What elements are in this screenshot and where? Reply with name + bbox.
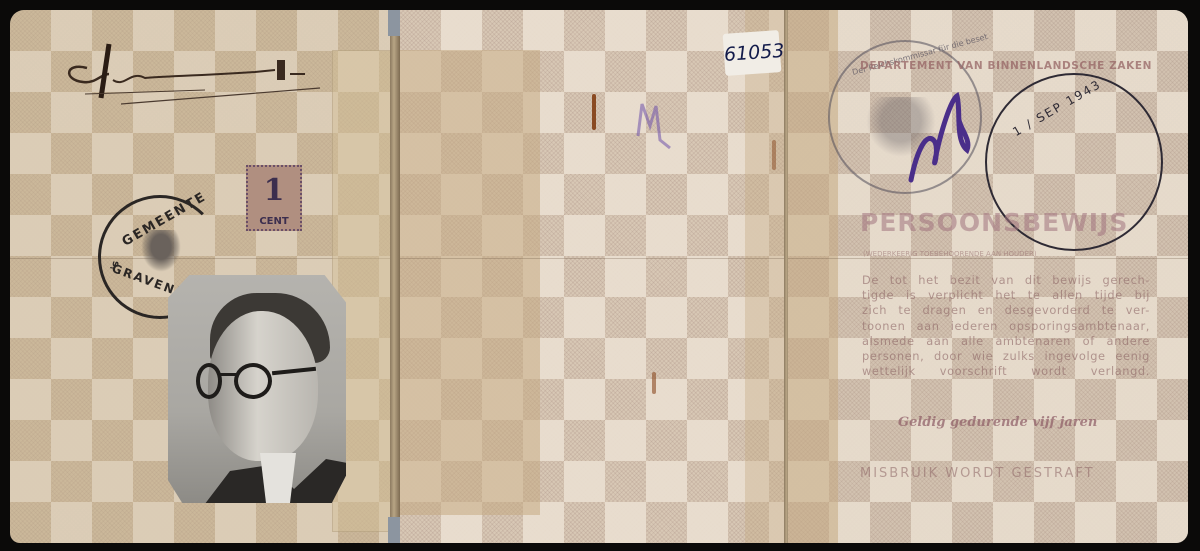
rust-stain — [652, 372, 656, 394]
ink-scribble-icon — [630, 96, 680, 151]
regulation-line: zich te dragen en desgevorderd te ver- — [862, 303, 1150, 318]
official-initial-icon — [905, 90, 975, 185]
department-heading: DEPARTEMENT VAN BINNENLANDSCHE ZAKEN — [860, 60, 1152, 72]
card-title: PERSOONSBEWIJS — [860, 208, 1128, 237]
revenue-stamp-unit: CENT — [248, 216, 300, 227]
left-panel: 1 CENT GEMEENTE 's GRAVENHAGE — [10, 10, 392, 543]
regulation-text: De tot het bezit van dit bewijs gerech- … — [862, 273, 1150, 379]
spine-left — [390, 10, 400, 543]
regulation-line: toonen aan iederen opsporingsambtenaar, — [862, 319, 1150, 334]
holder-photo — [168, 275, 346, 503]
fold-line — [400, 258, 784, 259]
rust-stain — [772, 140, 776, 170]
card-subtitle: (WEDERKEERIG TOEBEHOORENDE AAN HOUDER) — [863, 250, 1037, 258]
glasses-icon — [196, 363, 222, 399]
tape-strip — [400, 50, 540, 515]
glasses-bridge — [218, 373, 236, 376]
revenue-stamp-value: 1 — [248, 173, 300, 208]
regulation-line: wettelijk voorschrift wordt verlangd. — [862, 364, 1150, 379]
revenue-stamp: 1 CENT — [246, 165, 302, 231]
glasses-icon — [234, 363, 272, 399]
misuse-notice: MISBRUIK WORDT GESTRAFT — [860, 466, 1095, 481]
rust-stain — [592, 94, 596, 130]
regulation-line: tigde is verplicht het te allen tijde bi… — [862, 288, 1150, 303]
signature-icon — [55, 40, 335, 110]
identity-card: 1 CENT GEMEENTE 's GRAVENHAGE ...PERSOON… — [10, 10, 1188, 543]
archive-number-label: 61053 — [723, 30, 782, 76]
fold-line — [788, 258, 1188, 259]
regulation-line: personen, door wie zulks ingevolge eenig — [862, 349, 1150, 364]
tape-strip — [745, 10, 784, 543]
regulation-line: De tot het bezit van dit bewijs gerech- — [862, 273, 1150, 288]
regulation-line: alsmede aan alle ambtenaren of andere — [862, 334, 1150, 349]
middle-panel: ...PERSOONSBEWIJS GEZ... 6 — [400, 10, 784, 543]
validity-note: Geldig gedurende vijf jaren — [898, 415, 1097, 430]
tape-strip — [788, 10, 838, 543]
